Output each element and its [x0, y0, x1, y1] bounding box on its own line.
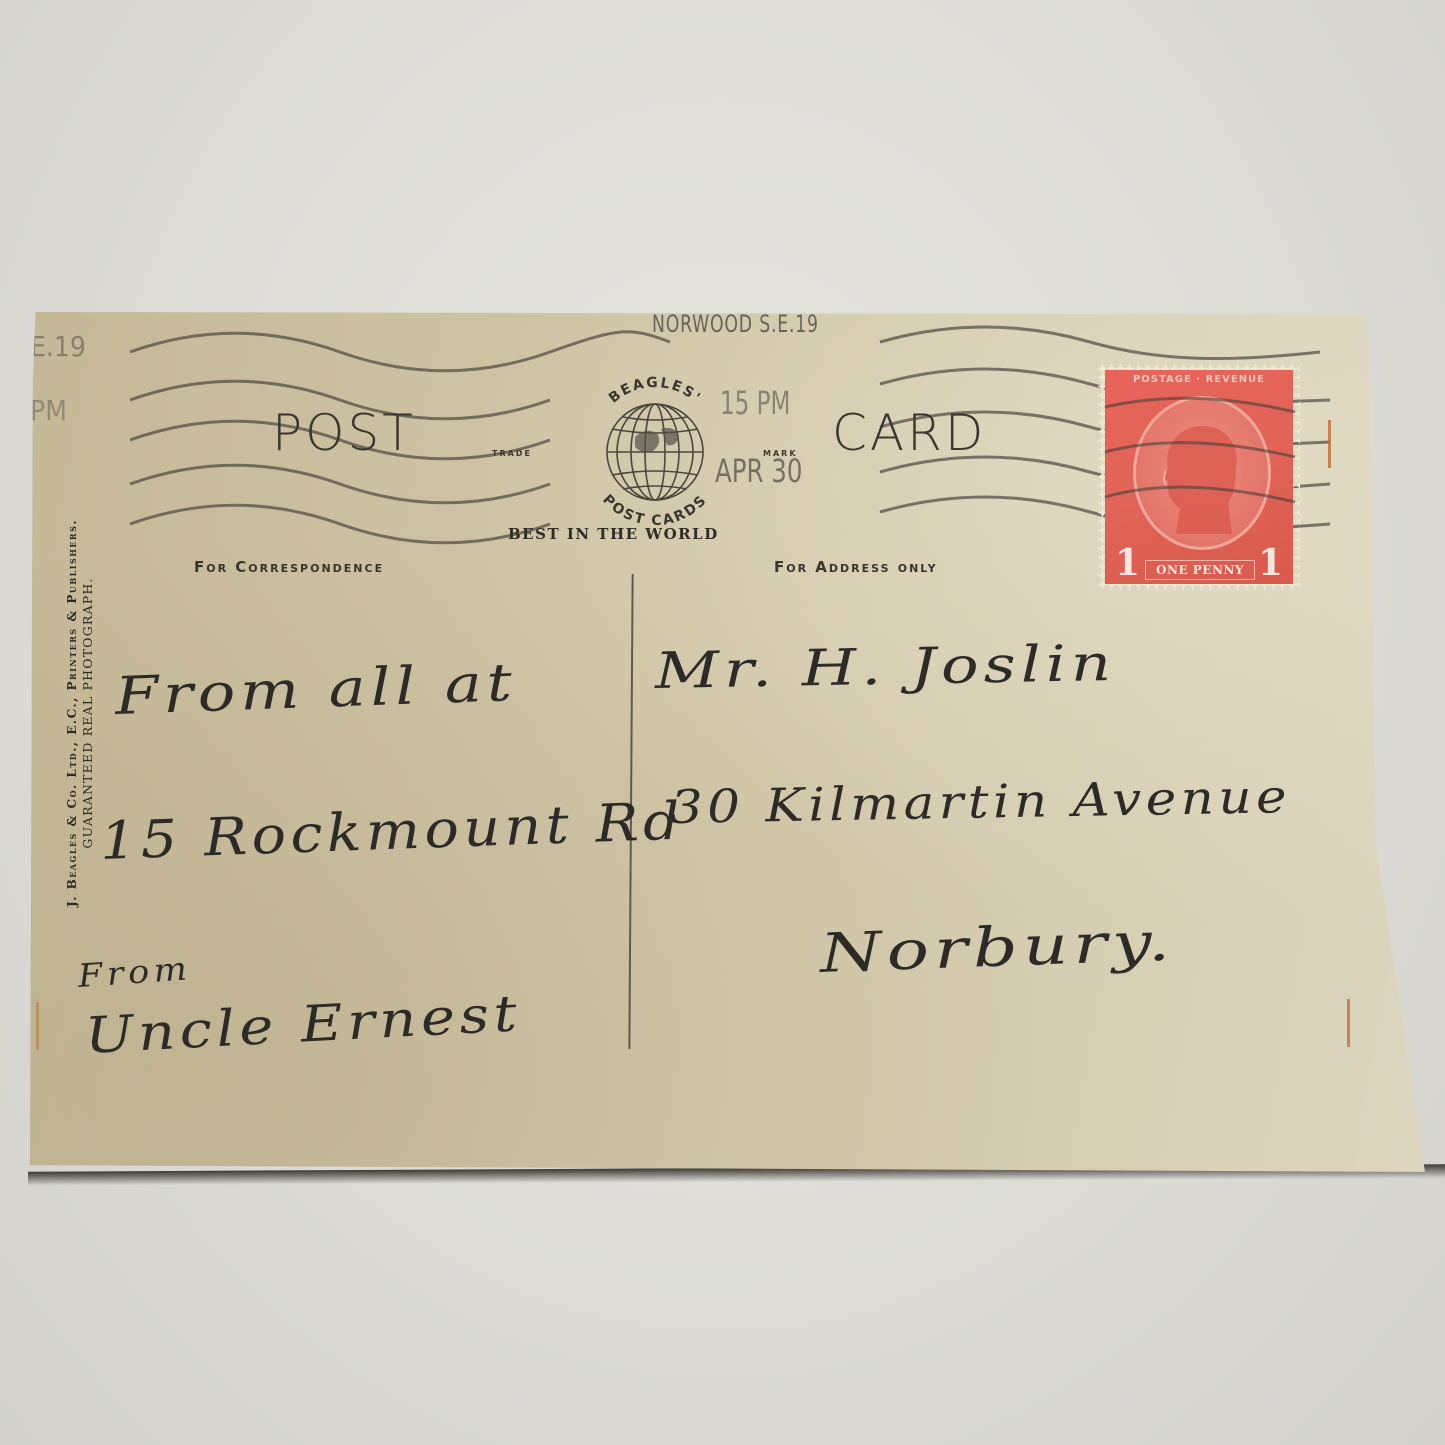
- svg-text:BEAGLES': BEAGLES': [606, 375, 704, 407]
- trade-label: TRADE: [492, 449, 532, 458]
- address-line: 30 Kilmartin Avenue: [670, 769, 1292, 834]
- address-line: Norbury.: [819, 910, 1176, 985]
- slogan: BEST IN THE WORLD: [508, 525, 719, 543]
- address-label: For Address only: [774, 558, 938, 576]
- king-portrait-icon: [1133, 396, 1271, 550]
- message-line: From: [77, 949, 193, 995]
- svg-text:POST CARDS: POST CARDS: [599, 492, 710, 529]
- correspondence-label: For Correspondence: [194, 558, 384, 576]
- postcard: NORWOOD S.E.19 15 PM APR 30 E.19 PM POST…: [30, 312, 1425, 1172]
- postmark-town: NORWOOD S.E.19: [652, 310, 819, 338]
- stamp-value-left: 1: [1115, 542, 1140, 584]
- post-heading: POST: [272, 404, 416, 462]
- pencil-mark: [36, 1002, 39, 1050]
- postmark-fragment: PM: [30, 394, 67, 427]
- card-heading: CARD: [832, 404, 986, 462]
- pencil-mark: [1347, 999, 1350, 1047]
- stamp-value-right: 1: [1258, 542, 1283, 584]
- stamp-header: POSTAGE · REVENUE: [1105, 374, 1293, 385]
- pencil-mark: [1328, 420, 1331, 468]
- address-line: Mr. H. Joslin: [654, 634, 1116, 700]
- globe-icon: BEAGLES' POST CARDS: [565, 367, 745, 532]
- postage-stamp: POSTAGE · REVENUE 1 1 ONE PENNY: [1105, 370, 1293, 584]
- mark-label: MARK: [763, 449, 798, 458]
- message-line: Uncle Ernest: [83, 984, 522, 1065]
- stamp-denomination: ONE PENNY: [1145, 560, 1255, 580]
- message-line: From all at: [114, 653, 518, 727]
- message-line: 15 Rockmount Rd: [99, 792, 685, 872]
